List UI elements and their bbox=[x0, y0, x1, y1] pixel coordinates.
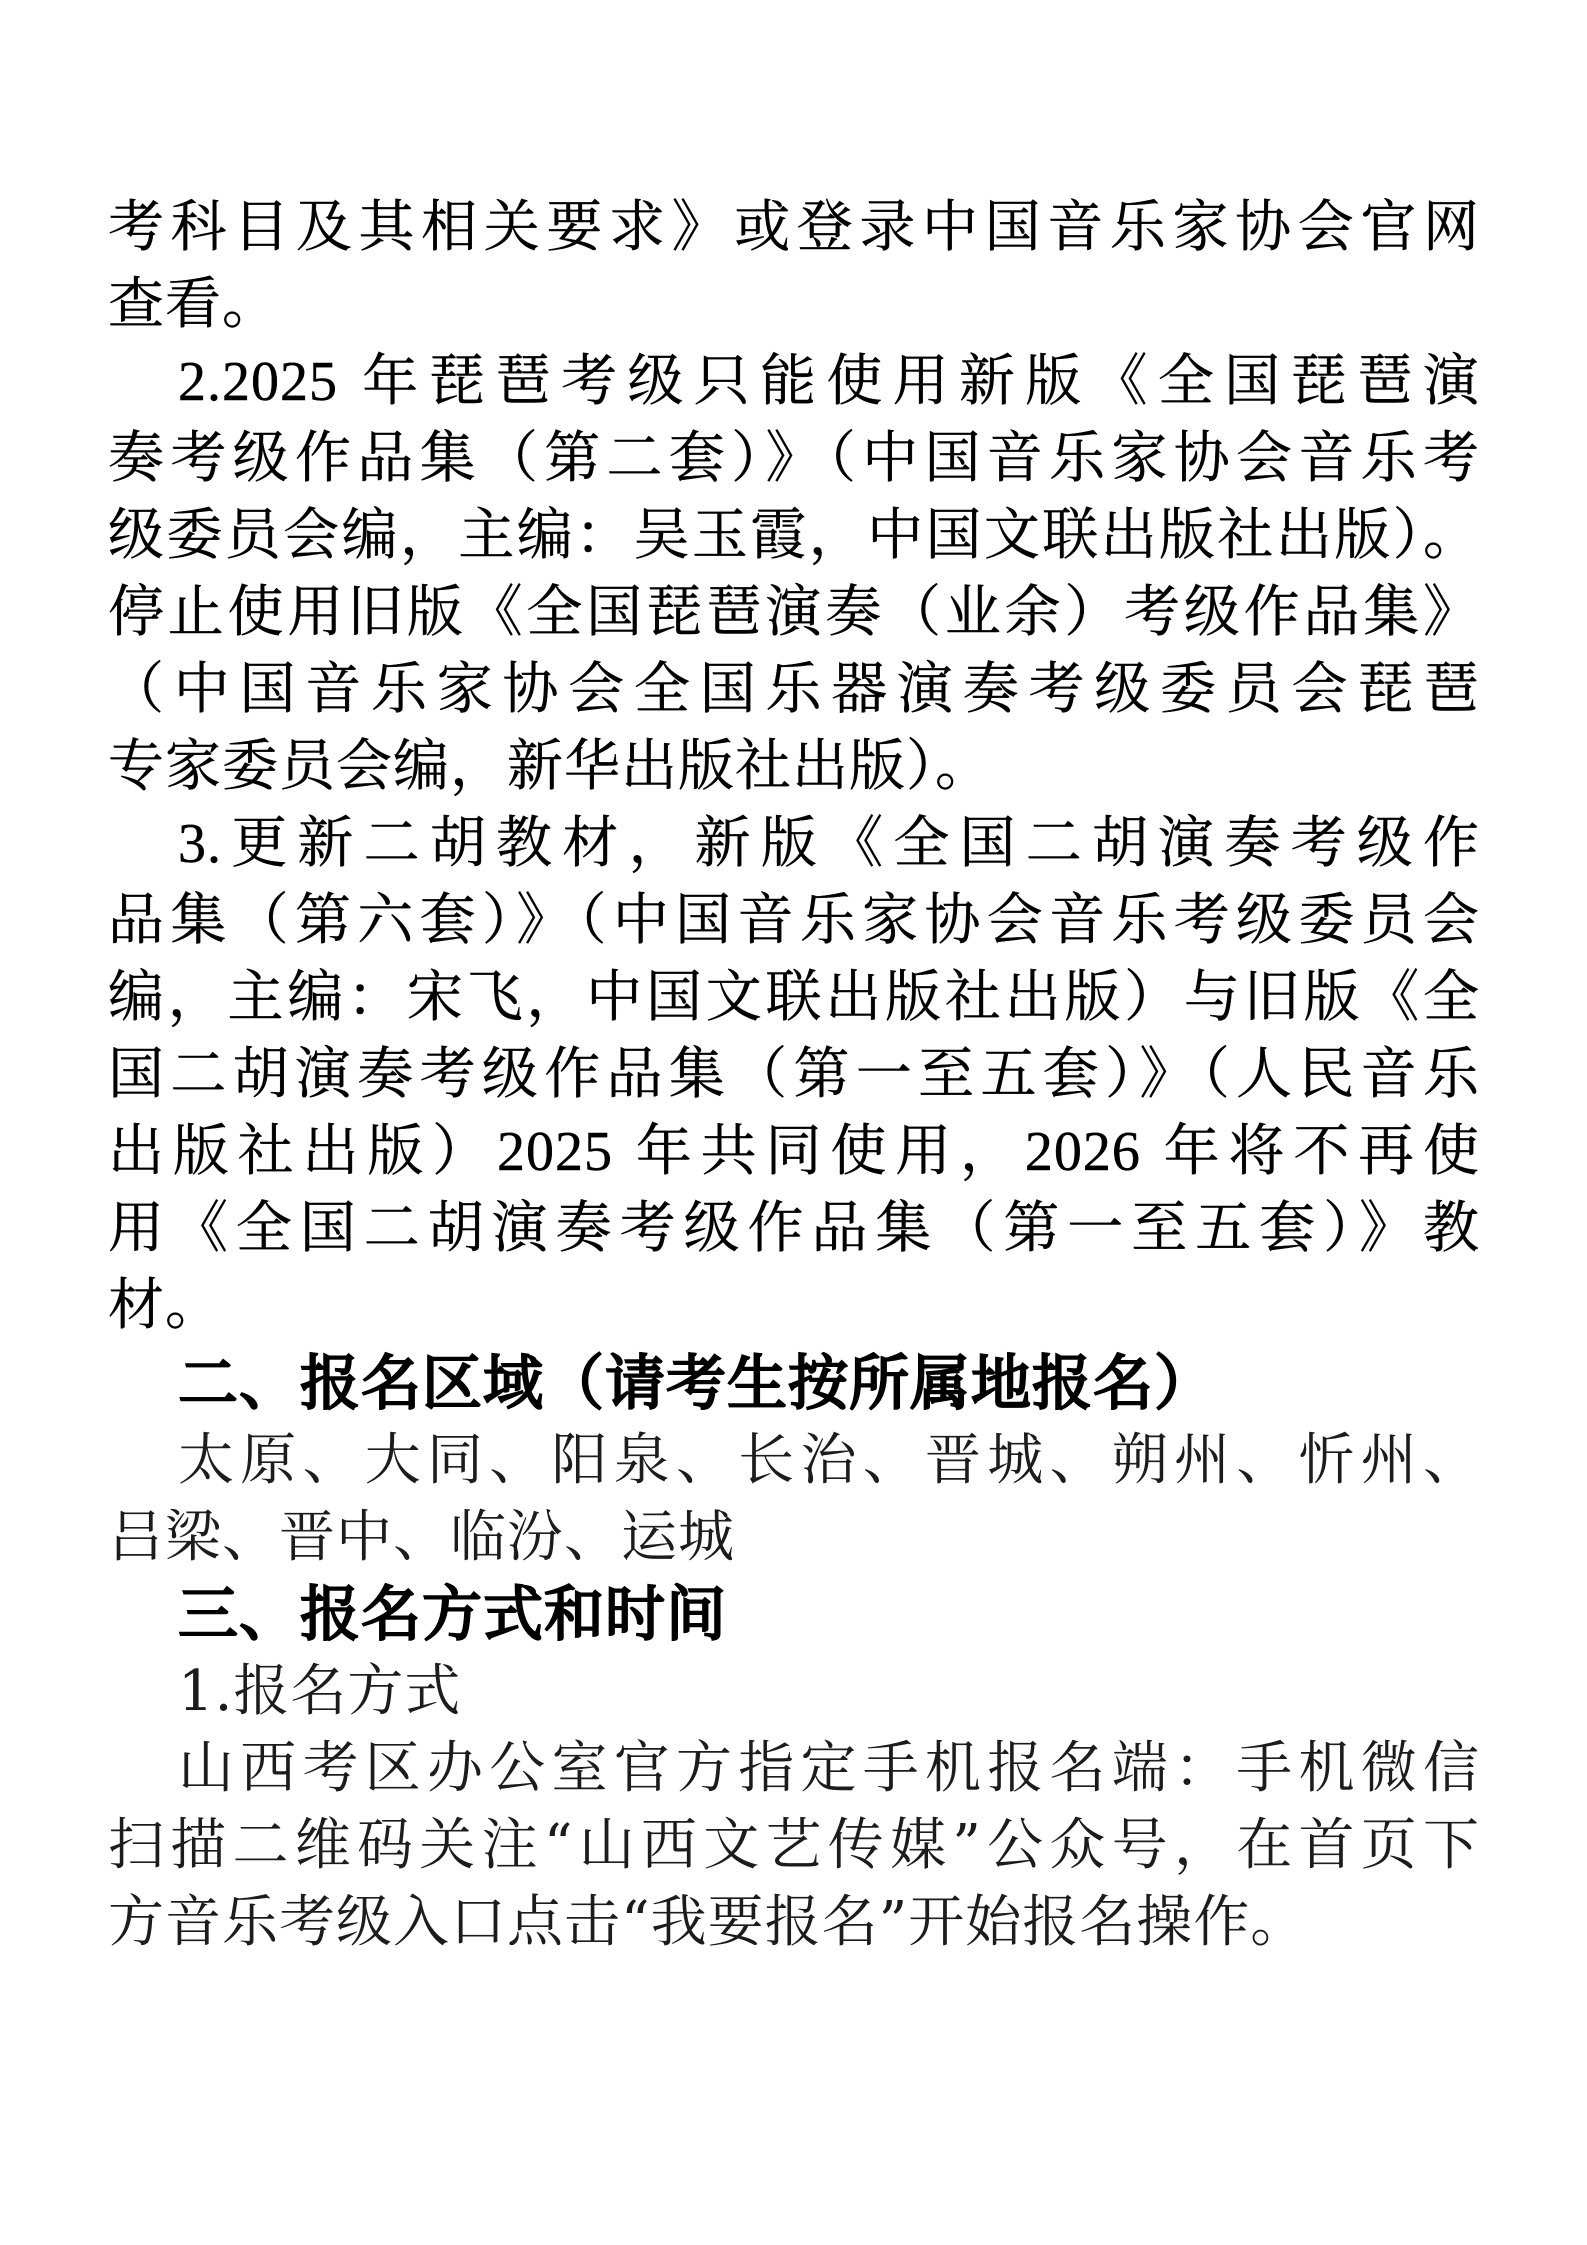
paragraph-registration-method-label: 1.报名方式 bbox=[108, 1653, 1480, 1730]
text-line: 材。 bbox=[108, 1268, 1480, 1345]
paragraph-item-3-erhu: 3.更新二胡教材，新版《全国二胡演奏考级作 品集（第六套）》（中国音乐家协会音乐… bbox=[108, 806, 1480, 1345]
text-line: 出版社出版）2025 年共同使用，2026 年将不再使 bbox=[108, 1114, 1480, 1191]
section-heading: 三、报名方式和时间 bbox=[108, 1576, 1480, 1653]
region-list: 太原、大同、阳泉、长治、晋城、朔州、忻州、 吕梁、晋中、临汾、运城 bbox=[108, 1422, 1480, 1576]
paragraph-intro-continuation: 考科目及其相关要求》或登录中国音乐家协会官网 查看。 bbox=[108, 190, 1480, 344]
section-3-heading: 三、报名方式和时间 bbox=[108, 1576, 1480, 1653]
text-line: 方音乐考级入口点击“我要报名”开始报名操作。 bbox=[108, 1884, 1480, 1961]
section-heading: 二、报名区域（请考生按所属地报名） bbox=[108, 1345, 1480, 1422]
region-list-line: 吕梁、晋中、临汾、运城 bbox=[108, 1499, 1480, 1576]
text-line: 山西考区办公室官方指定手机报名端：手机微信 bbox=[108, 1730, 1480, 1807]
text-line: 1.报名方式 bbox=[108, 1653, 1480, 1730]
paragraph-item-2-pipa: 2.2025 年琵琶考级只能使用新版《全国琵琶演 奏考级作品集（第二套）》（中国… bbox=[108, 344, 1480, 806]
text-line: 编，主编：宋飞，中国文联出版社出版）与旧版《全 bbox=[108, 960, 1480, 1037]
paragraph-registration-method-detail: 山西考区办公室官方指定手机报名端：手机微信 扫描二维码关注“山西文艺传媒”公众号… bbox=[108, 1730, 1480, 1961]
scanned-document-page: 考科目及其相关要求》或登录中国音乐家协会官网 查看。 2.2025 年琵琶考级只… bbox=[0, 0, 1587, 2245]
text-line: 专家委员会编，新华出版社出版）。 bbox=[108, 729, 1480, 806]
text-line: 级委员会编，主编：吴玉霞，中国文联出版社出版）。 bbox=[108, 498, 1480, 575]
text-line: 用《全国二胡演奏考级作品集（第一至五套）》教 bbox=[108, 1191, 1480, 1268]
text-line: 3.更新二胡教材，新版《全国二胡演奏考级作 bbox=[108, 806, 1480, 883]
section-2-heading: 二、报名区域（请考生按所属地报名） bbox=[108, 1345, 1480, 1422]
text-line: 国二胡演奏考级作品集（第一至五套）》（人民音乐 bbox=[108, 1037, 1480, 1114]
text-line: 奏考级作品集（第二套）》（中国音乐家协会音乐考 bbox=[108, 421, 1480, 498]
text-line: 品集（第六套）》（中国音乐家协会音乐考级委员会 bbox=[108, 883, 1480, 960]
text-line: 2.2025 年琵琶考级只能使用新版《全国琵琶演 bbox=[108, 344, 1480, 421]
region-list-line: 太原、大同、阳泉、长治、晋城、朔州、忻州、 bbox=[108, 1422, 1480, 1499]
text-line: 考科目及其相关要求》或登录中国音乐家协会官网 bbox=[108, 190, 1480, 267]
text-line: 查看。 bbox=[108, 267, 1480, 344]
text-line: 停止使用旧版《全国琵琶演奏（业余）考级作品集》 bbox=[108, 575, 1480, 652]
document-text-block: 考科目及其相关要求》或登录中国音乐家协会官网 查看。 2.2025 年琵琶考级只… bbox=[108, 190, 1480, 1961]
text-line: 扫描二维码关注“山西文艺传媒”公众号，在首页下 bbox=[108, 1807, 1480, 1884]
text-line: （中国音乐家协会全国乐器演奏考级委员会琵琶 bbox=[108, 652, 1480, 729]
